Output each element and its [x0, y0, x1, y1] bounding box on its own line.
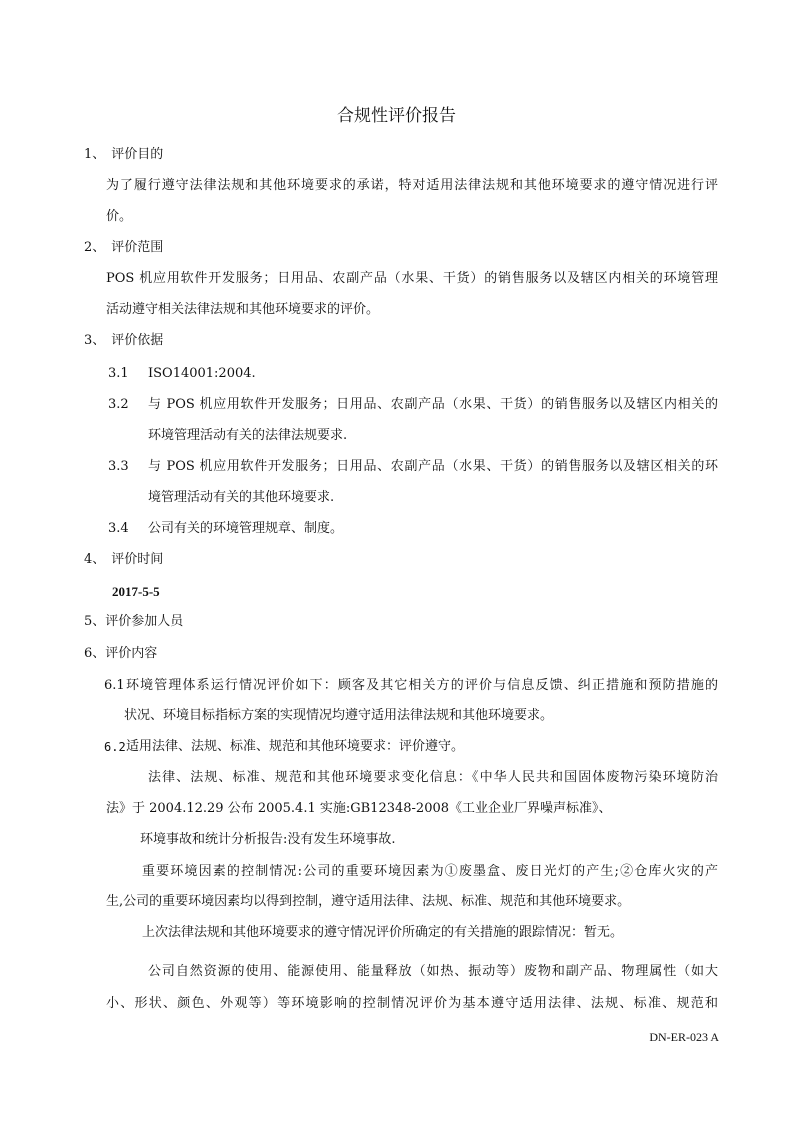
item-6-2-number: 6.2 — [104, 739, 126, 755]
section-2-heading: 2、评价范围 — [84, 240, 163, 256]
item-3-2-number: 3.2 — [108, 397, 129, 413]
evaluation-date: 2017-5-5 — [112, 584, 160, 600]
section-1-line-2: 价。 — [106, 209, 132, 225]
law-change-line-2: 法》于 2004.12.29 公布 2005.4.1 实施:GB12348-20… — [106, 801, 612, 817]
section-4-heading: 4、评价时间 — [84, 552, 163, 568]
section-number: 3、 — [84, 333, 105, 348]
accident-report: 环境事故和统计分析报告:没有发生环境事故. — [140, 832, 396, 848]
section-number: 4、 — [84, 552, 105, 567]
section-title: 评价参加人员 — [105, 614, 183, 629]
resource-control-line-2: 小、形状、颜色、外观等）等环境影响的控制情况评价为基本遵守适用法律、法规、标准、… — [106, 996, 718, 1012]
item-3-2-line-1: 与 POS 机应用软件开发服务；日用品、农副产品（水果、干货）的销售服务以及辖区… — [148, 397, 718, 413]
item-3-3-line-1: 与 POS 机应用软件开发服务；日用品、农副产品（水果、干货）的销售服务以及辖区… — [148, 459, 718, 475]
section-title: 评价时间 — [111, 552, 163, 567]
section-number: 6、 — [84, 646, 105, 661]
section-2-line-1: POS 机应用软件开发服务；日用品、农副产品（水果、干货）的销售服务以及辖区内相… — [106, 271, 718, 287]
item-3-1-text: ISO14001:2004. — [148, 366, 256, 382]
section-title: 评价目的 — [111, 147, 163, 162]
item-3-3-line-2: 境管理活动有关的其他环境要求. — [148, 490, 334, 506]
item-3-3-number: 3.3 — [108, 459, 129, 475]
page-title: 合规性评价报告 — [0, 106, 793, 126]
section-1-line-1: 为了履行遵守法律法规和其他环境要求的承诺，特对适用法律法规和其他环境要求的遵守情… — [106, 178, 718, 194]
document-code-footer: DN-ER-023 A — [649, 1030, 719, 1045]
key-factor-line-2: 生,公司的重要环境因素均以得到控制，遵守适用法律、法规、标准、规范和其他环境要求… — [106, 894, 630, 910]
section-title: 评价依据 — [111, 333, 163, 348]
section-6-heading: 6、评价内容 — [84, 646, 157, 662]
law-change-line-1: 法律、法规、标准、规范和其他环境要求变化信息：《中华人民共和国固体废物污染环境防… — [148, 770, 718, 786]
section-2-line-2: 活动遵守相关法律法规和其他环境要求的评价。 — [106, 302, 379, 318]
key-factor-line-1: 重要环境因素的控制情况:公司的重要环境因素为①废墨盒、废日光灯的产生;②仓库火灾… — [142, 864, 718, 880]
section-title: 评价内容 — [105, 646, 157, 661]
item-6-1-line-1: 环境管理体系运行情况评价如下：顾客及其它相关方的评价与信息反馈、纠正措施和预防措… — [126, 678, 718, 694]
section-number: 1、 — [84, 147, 105, 162]
resource-control-line-1: 公司自然资源的使用、能源使用、能量释放（如热、振动等）废物和副产品、物理属性（如… — [148, 964, 718, 980]
section-number: 2、 — [84, 240, 105, 255]
section-title: 评价范围 — [111, 240, 163, 255]
item-3-4-text: 公司有关的环境管理规章、制度。 — [148, 521, 343, 537]
followup-measures: 上次法律法规和其他环境要求的遵守情况评价所确定的有关措施的跟踪情况：暂无。 — [142, 925, 623, 941]
item-6-2-heading: 适用法律、法规、标准、规范和其他环境要求：评价遵守。 — [126, 739, 464, 755]
item-3-1-number: 3.1 — [108, 366, 129, 382]
section-number: 5、 — [84, 614, 105, 629]
section-3-heading: 3、评价依据 — [84, 333, 163, 349]
item-3-4-number: 3.4 — [108, 521, 129, 537]
section-1-heading: 1、评价目的 — [84, 147, 163, 163]
document-page: 合规性评价报告 1、评价目的 为了履行遵守法律法规和其他环境要求的承诺，特对适用… — [0, 0, 793, 1122]
item-6-1-line-2: 状况、环境目标指标方案的实现情况均遵守适用法律法规和其他环境要求。 — [124, 708, 553, 724]
section-5-heading: 5、评价参加人员 — [84, 614, 183, 630]
item-6-1-number: 6.1 — [104, 678, 125, 694]
item-3-2-line-2: 环境管理活动有关的法律法规要求. — [148, 428, 347, 444]
